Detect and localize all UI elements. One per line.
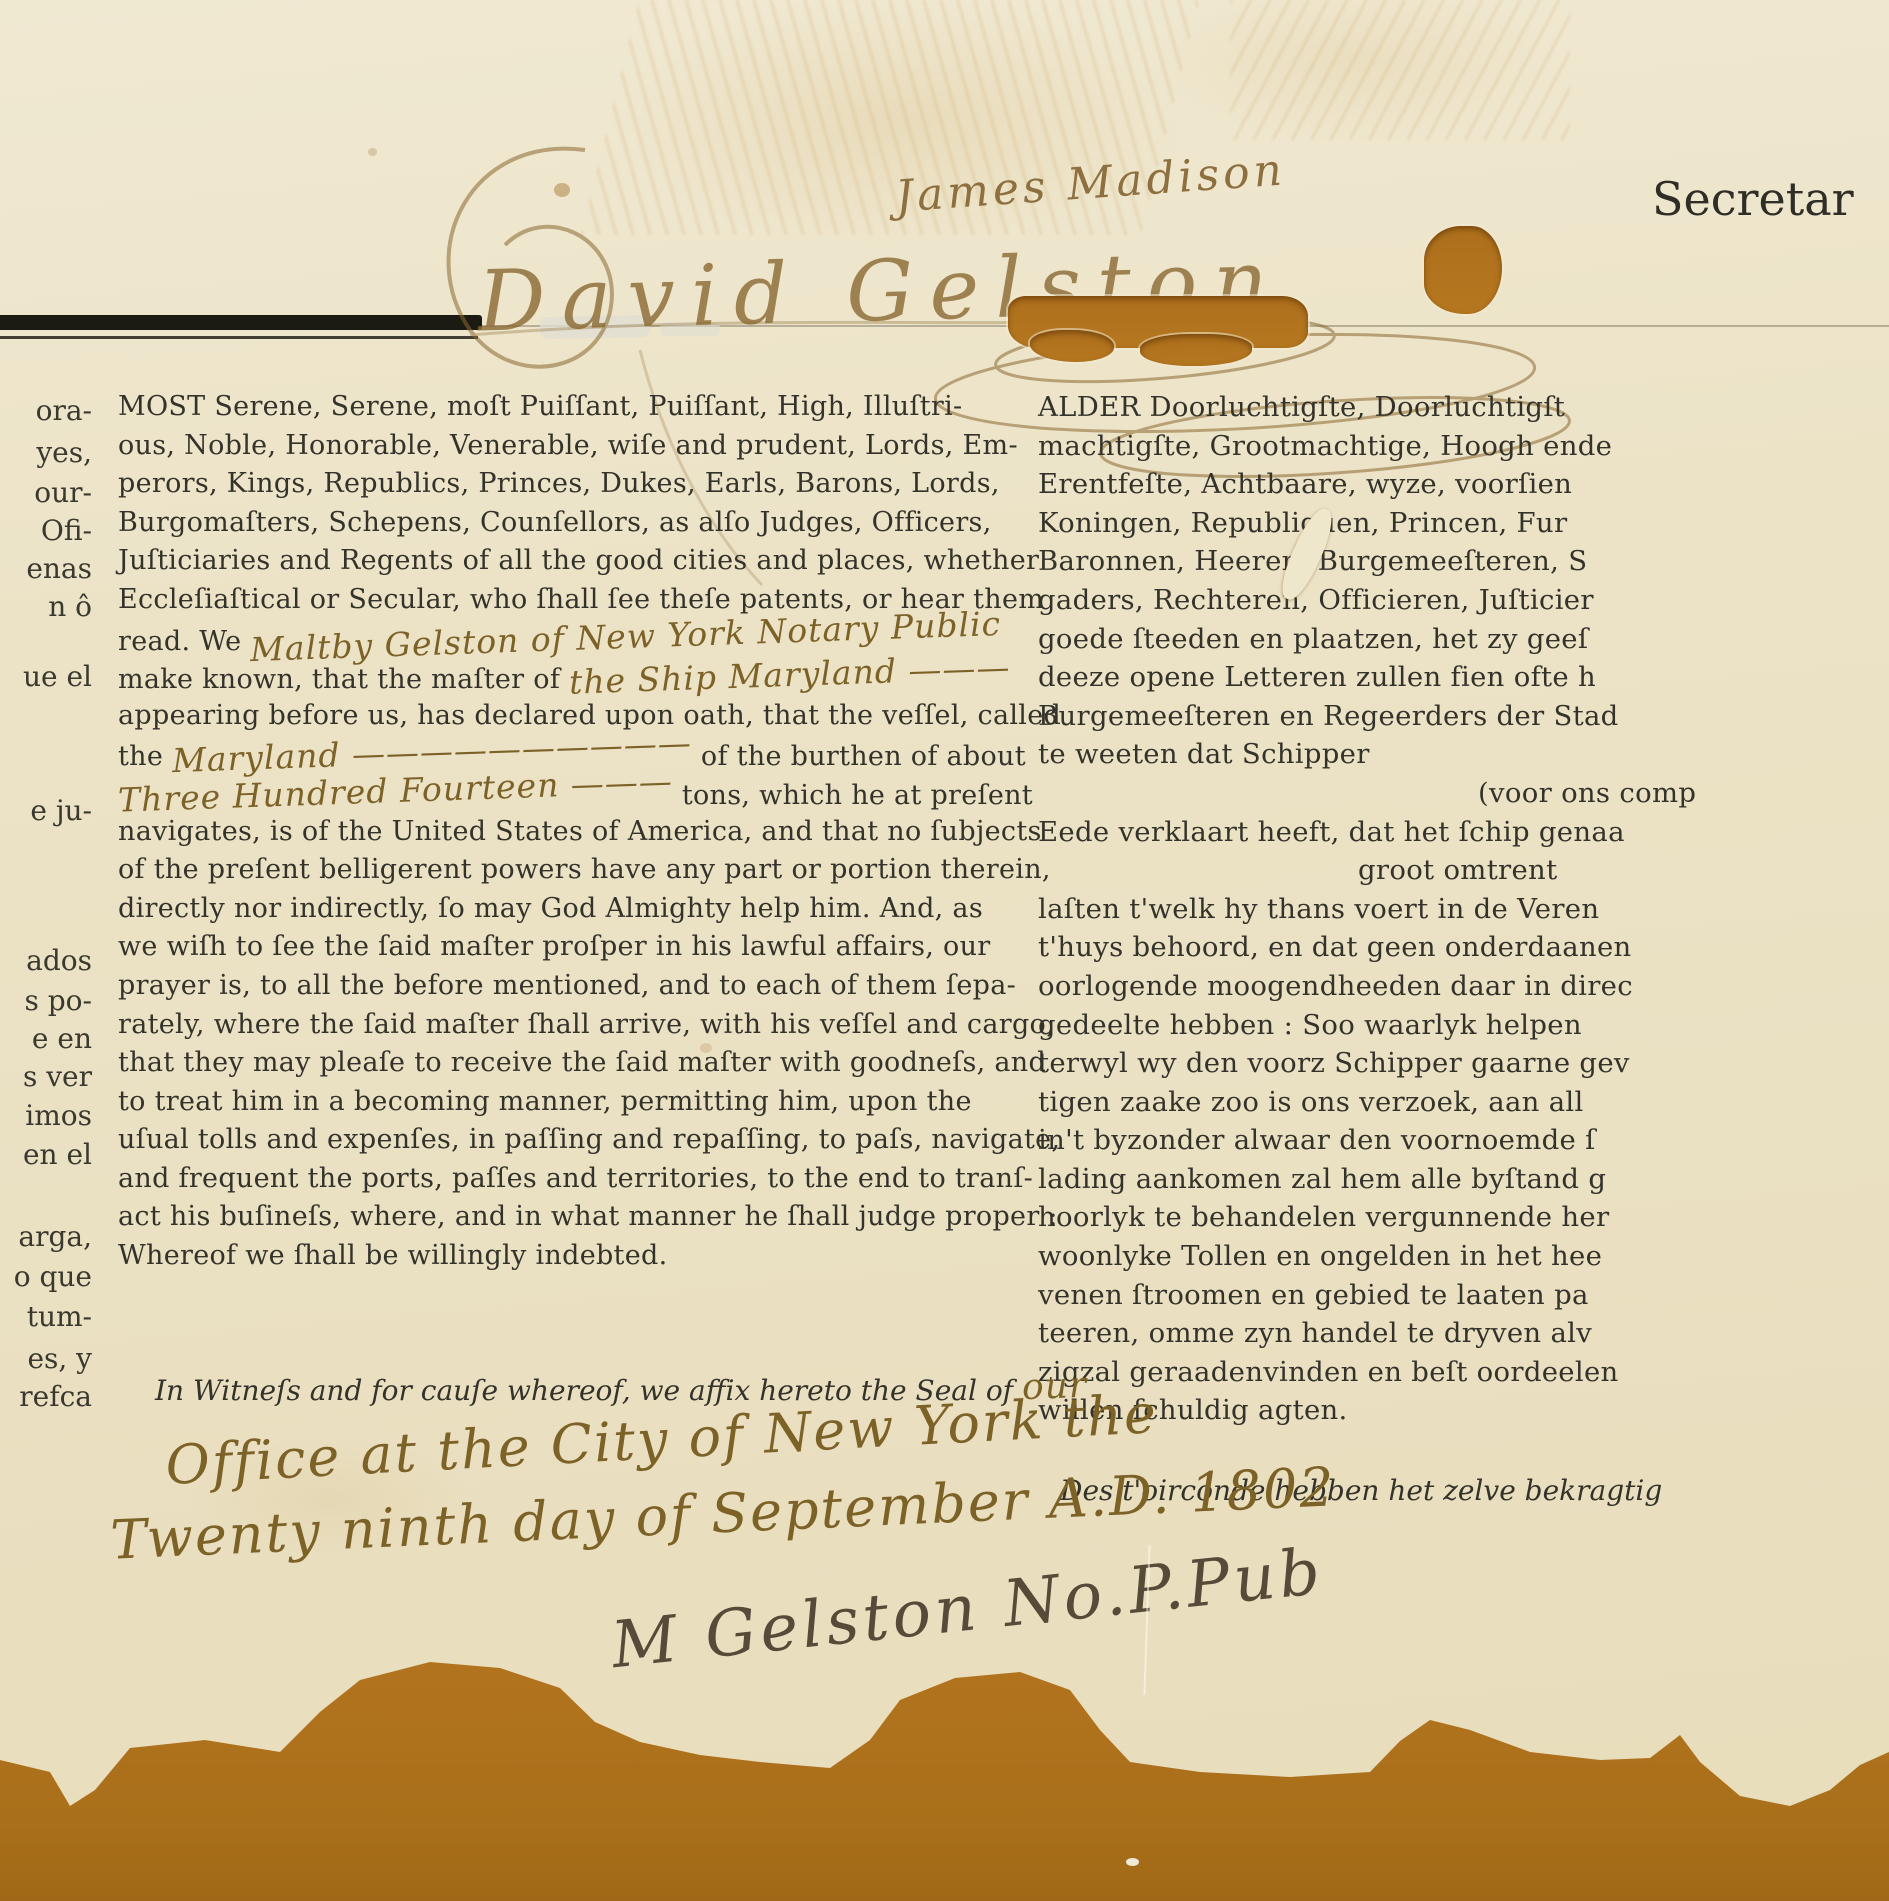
dutch-line: groot omtrent: [1038, 851, 1889, 890]
notary-signature: M Gelston No.P.Pub: [608, 1535, 1327, 1683]
ink-stain: [554, 183, 570, 197]
dutch-line: t'huys behoord, en dat geen onderdaanen: [1038, 928, 1889, 967]
margin-fragment: imos: [25, 1097, 92, 1135]
english-line: Juſticiaries and Regents of all the good…: [118, 542, 1023, 581]
dutch-line: Koningen, Republiquen, Princen, Fur: [1038, 504, 1889, 543]
english-line: prayer is, to all the before mentioned, …: [118, 967, 1023, 1006]
dutch-line: deeze opene Letteren zullen fien ofte h: [1038, 658, 1889, 697]
margin-fragment: yes,: [36, 434, 92, 472]
english-line: Burgomaſters, Schepens, Counſellors, as …: [118, 504, 1023, 543]
dutch-line: Erentfeſte, Achtbaare, wyze, voorſien: [1038, 465, 1889, 504]
english-line: navigates, is of the United States of Am…: [118, 813, 1023, 852]
dutch-line: Baronnen, Heeren, Burgemeeſteren, S: [1038, 542, 1889, 581]
margin-fragment: tum-: [27, 1298, 92, 1336]
english-line: of the preſent belligerent powers have a…: [118, 851, 1023, 890]
dutch-line: gaders, Rechteren, Officieren, Juſticier: [1038, 581, 1889, 620]
margin-fragment: enas: [26, 550, 92, 588]
margin-fragment: ue el: [23, 658, 92, 696]
ink-bleedthrough: [1230, 0, 1570, 140]
dutch-line: ALDER Doorluchtigſte, Doorluchtigſt: [1038, 388, 1889, 427]
left-margin-column: ora-yes,our-Ofi-enasn ôue ele ju-adoss p…: [0, 0, 98, 1500]
sea-letter-paper: Secretar James Madison David Gelston ora…: [0, 0, 1889, 1901]
dutch-line: willen ſchuldig agten.: [1038, 1391, 1889, 1430]
margin-fragment: e ju-: [30, 792, 92, 830]
dutch-line: Burgemeeſteren en Regeerders der Stad: [1038, 697, 1889, 736]
margin-fragment: es, y: [27, 1340, 92, 1378]
dutch-line: te weeten dat Schipper: [1038, 735, 1889, 774]
torn-hole: [1424, 226, 1502, 314]
dutch-column: ALDER Doorluchtigſte, Doorluchtigſtmacht…: [1038, 388, 1889, 1430]
dutch-line: machtigſte, Grootmachtige, Hoogh ende: [1038, 427, 1889, 466]
dutch-line: hoorlyk te behandelen vergunnende her: [1038, 1198, 1889, 1237]
torn-hole: [1140, 334, 1252, 366]
english-line: act his buſineſs, where, and in what man…: [118, 1198, 1023, 1237]
margin-fragment: s po-: [24, 982, 92, 1020]
margin-fragment: our-: [34, 474, 92, 512]
margin-fragment: en el: [23, 1136, 92, 1174]
dutch-line: goede ſteeden en plaatzen, het zy geeſ: [1038, 620, 1889, 659]
dutch-line: oorlogende moogendheeden daar in direc: [1038, 967, 1889, 1006]
dutch-line: laſten t'welk hy thans voert in de Veren: [1038, 890, 1889, 929]
printed-title-fragment: Secretar: [1652, 172, 1854, 226]
english-line: and frequent the ports, paſſes and terri…: [118, 1160, 1023, 1199]
dutch-line: venen ſtroomen en gebied te laaten pa: [1038, 1276, 1889, 1315]
torn-hole: [1030, 330, 1114, 362]
margin-fragment: e en: [32, 1020, 92, 1058]
margin-fragment: arga,: [18, 1218, 92, 1256]
english-line: Three Hundred Fourteen ——— tons, which h…: [118, 774, 1023, 813]
dutch-line: gedeelte hebben : Soo waarlyk helpen: [1038, 1006, 1889, 1045]
dutch-line: terwyl wy den voorz Schipper gaarne gev: [1038, 1044, 1889, 1083]
ink-stain: [368, 148, 377, 156]
dutch-line: (voor ons comp: [1038, 774, 1889, 813]
margin-fragment: Ofi-: [41, 512, 92, 550]
margin-fragment: ados: [26, 942, 92, 980]
margin-fragment: ora-: [36, 392, 92, 430]
dutch-line: teeren, omme zyn handel te dryven alv: [1038, 1314, 1889, 1353]
margin-fragment: o que: [14, 1258, 92, 1296]
english-line: perors, Kings, Republics, Princes, Dukes…: [118, 465, 1023, 504]
english-column: MOST Serene, Serene, moſt Puiſſant, Puiſ…: [118, 388, 1023, 1276]
dutch-line: lading aankomen zal hem alle byſtand g: [1038, 1160, 1889, 1199]
dutch-line: woonlyke Tollen en ongelden in het hee: [1038, 1237, 1889, 1276]
document-scan: { "colors": { "backing": "#b2731e", "pap…: [0, 0, 1889, 1901]
margin-fragment: refca: [19, 1378, 92, 1416]
english-line: directly nor indirectly, ſo may God Almi…: [118, 890, 1023, 929]
english-line: that they may pleaſe to receive the ſaid…: [118, 1044, 1023, 1083]
english-line: to treat him in a becoming manner, permi…: [118, 1083, 1023, 1122]
english-line: ous, Noble, Honorable, Venerable, wiſe a…: [118, 427, 1023, 466]
margin-fragment: n ô: [48, 588, 92, 626]
dutch-line: Eede verklaart heeft, dat het ſchip gena…: [1038, 813, 1889, 852]
english-line: we wiſh to ſee the ſaid maſter proſper i…: [118, 928, 1023, 967]
english-line: uſual tolls and expenſes, in paſſing and…: [118, 1121, 1023, 1160]
english-line: MOST Serene, Serene, moſt Puiſſant, Puiſ…: [118, 388, 1023, 427]
margin-fragment: s ver: [23, 1058, 92, 1096]
paper-speck: [1126, 1858, 1139, 1866]
english-line: Whereof we ſhall be willingly indebted.: [118, 1237, 1023, 1276]
dutch-line: zigzal geraadenvinden en beſt oordeelen: [1038, 1353, 1889, 1392]
dutch-line: tigen zaake zoo is ons verzoek, aan all: [1038, 1083, 1889, 1122]
dutch-line: in't byzonder alwaar den voornoemde ſ: [1038, 1121, 1889, 1160]
english-line: rately, where the ſaid maſter ſhall arri…: [118, 1006, 1023, 1045]
